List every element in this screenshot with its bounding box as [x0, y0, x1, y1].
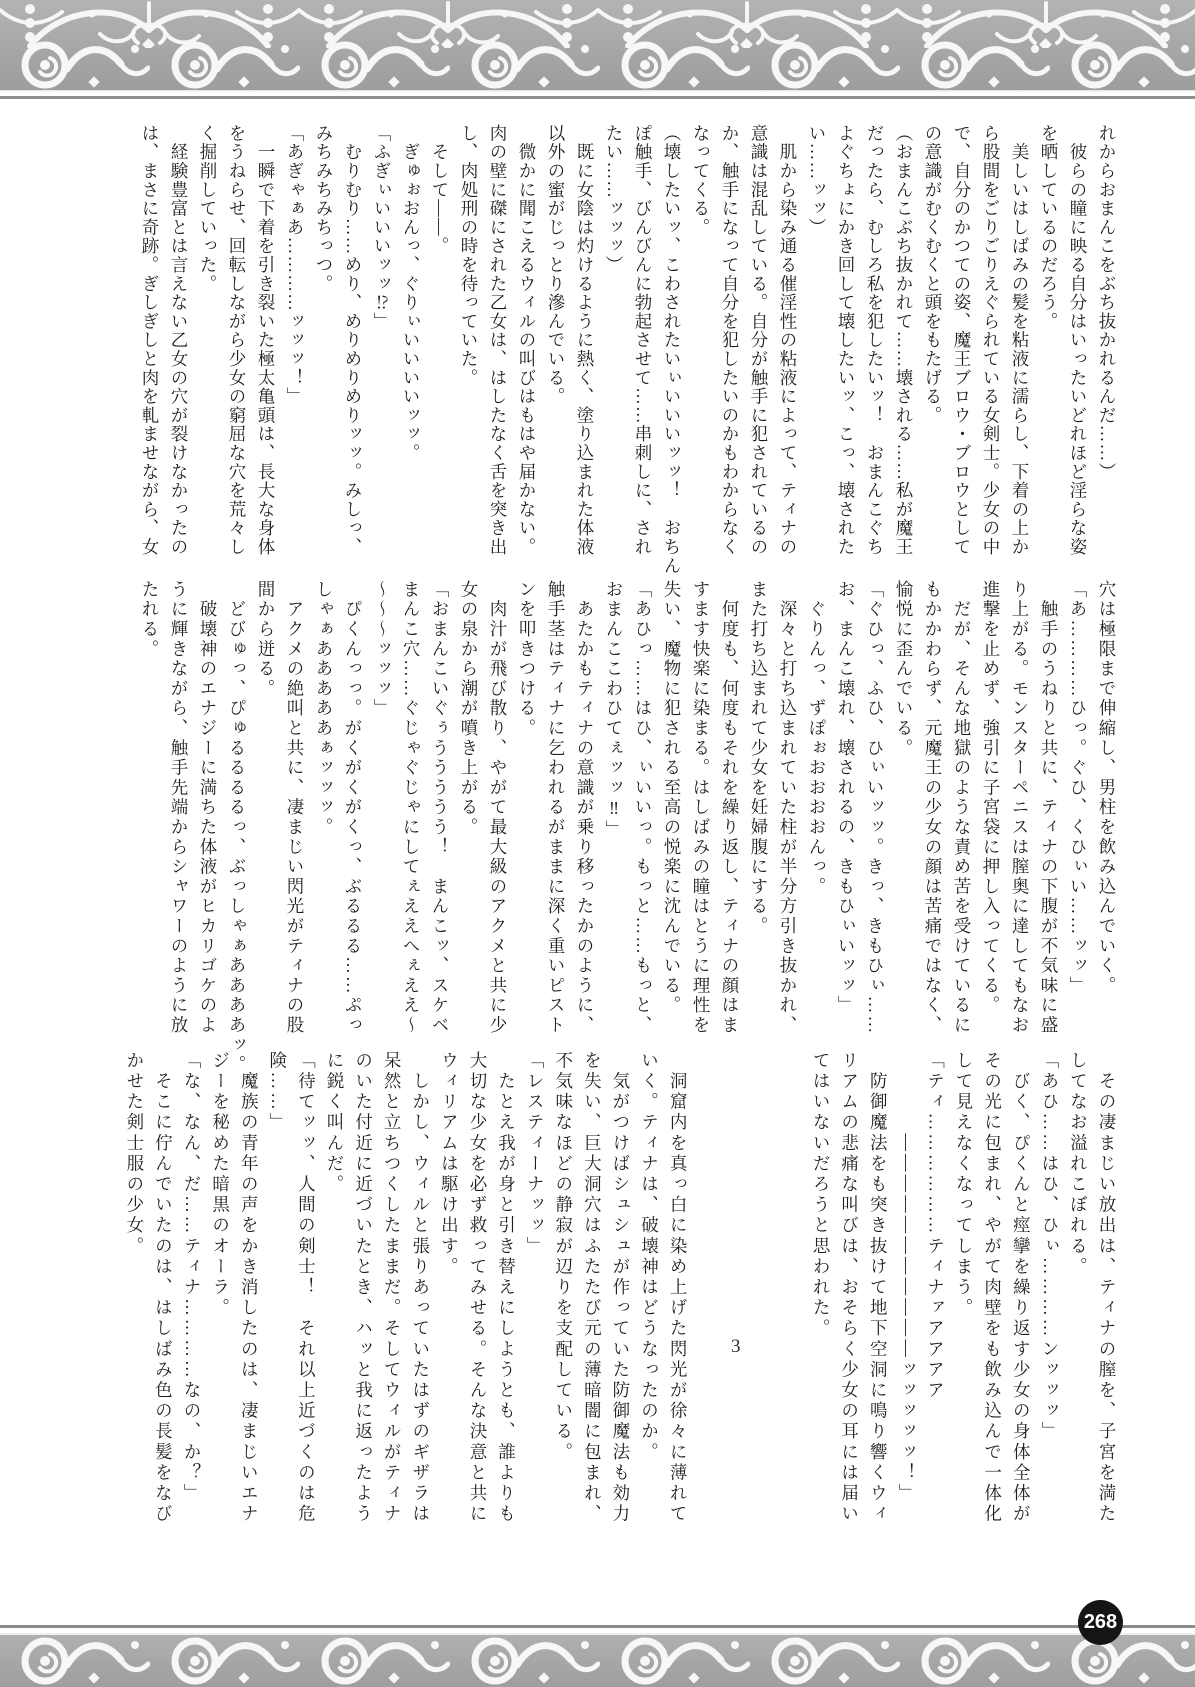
text-column: そこに佇んでいたのは、はしばみ色の長髪をなび	[149, 1051, 178, 1535]
text-column: なってくる。	[686, 124, 715, 570]
text-column: 触手茎はティナに乞われるがままに深く重いピスト	[541, 580, 570, 1040]
text-column: り上がる。モンスターペニスは膣奥に達してもなお	[1005, 580, 1034, 1040]
text-column: し、肉処刑の時を待っていた。	[454, 124, 483, 570]
text-column: どびゅっ、ぴゅるるるるっ、ぶっしゃぁああああッ。	[222, 580, 251, 1040]
text-column: ―――――――――――ッッッッッ！」	[892, 1051, 921, 1535]
text-column: ウィリアムは駆け出す。	[435, 1051, 464, 1535]
text-column: ぐりんっ、ずぽぉおおおおんっ。	[802, 580, 831, 1040]
text-column: 「レスティーナッッ」	[521, 1051, 550, 1535]
text-column: 不気味なほどの静寂が辺りを支配している。	[549, 1051, 578, 1535]
text-column: かせた剣士服の少女。	[120, 1051, 149, 1535]
text-column: 「ティ………………ティナァアアアア	[921, 1051, 950, 1535]
band3-second-section: 洞窟内を真っ白に染め上げた閃光が徐々に薄れていく。ティナは、破壊神はどうなったの…	[120, 1051, 692, 1535]
section-number: 3	[721, 1051, 750, 1535]
text-column: しゃぁあああああぁッッッ。	[309, 580, 338, 1040]
text-column: 険……」	[263, 1051, 292, 1535]
text-column: してなお溢れこぼれる。	[1064, 1051, 1093, 1535]
text-column: たい……ッッッ）	[599, 124, 628, 570]
text-column: むりむり……めり、めりめりめりッッ。みしっ、	[338, 124, 367, 570]
text-column: もかかわらず、元魔王の少女の顔は苦痛ではなく、	[918, 580, 947, 1040]
text-band-3: その凄まじい放出は、ティナの膣を、子宮を満たしてなお溢れこぼれる。「あひ……はひ…	[120, 1051, 1121, 1535]
text-column: たとえ我が身と引き替えにしようとも、誰よりも	[492, 1051, 521, 1535]
text-column: ぽ触手、びんびんに勃起させて……串刺しに、され	[628, 124, 657, 570]
text-column: 大切な少女を必ず救ってみせる。そんな決意と共に	[463, 1051, 492, 1535]
page-number-badge: 268	[1078, 1600, 1123, 1645]
text-column: 「な、なん、だ……ティナ…………なの、か？」	[177, 1051, 206, 1535]
text-column: 防御魔法をも突き抜けて地下空洞に鳴り響くウィ	[864, 1051, 893, 1535]
text-column: 気がつけばシュシュが作っていた防御魔法も効力	[606, 1051, 635, 1535]
text-column: すます快楽に染まる。はしばみの瞳はとうに理性を	[686, 580, 715, 1040]
text-column: 「あ…………ひっ。ぐひ、くひぃい……ッッ」	[1063, 580, 1092, 1040]
text-column: いく。ティナは、破壊神はどうなったのか。	[635, 1051, 664, 1535]
text-column: てはいないだろうと思われた。	[806, 1051, 835, 1535]
text-column: また打ち込まれて少女を妊婦腹にする。	[744, 580, 773, 1040]
text-column: 破壊神のエナジーに満ちた体液がヒカリゴケのよ	[193, 580, 222, 1040]
text-column: 経験豊富とは言えない乙女の穴が裂けなかったの	[164, 124, 193, 570]
text-column: の意識がむくむくと頭をもたげる。	[918, 124, 947, 570]
text-column: で、自分のかつての姿、魔王ブロウ・ブロウとして	[947, 124, 976, 570]
text-column: よぐちょにかき回して壊したいッ、こっ、壊された	[831, 124, 860, 570]
text-column: のいた付近に近づいたとき、ハッと我に返ったよう	[349, 1051, 378, 1535]
ornamental-border-top	[0, 0, 1195, 102]
text-column: 進撃を止めず、強引に子宮袋に押し入ってくる。	[976, 580, 1005, 1040]
text-column: 間から迸る。	[251, 580, 280, 1040]
text-column: まんこ穴……ぐじゃぐじゃにしてぇええへぇええ～	[396, 580, 425, 1040]
text-column: お、まんこ壊れ、壊されるの、きもひぃいッッ」	[831, 580, 860, 1040]
text-column: 魔族の青年の声をかき消したのは、凄まじいエナ	[235, 1051, 264, 1535]
text-column: ンを叩きつける。	[512, 580, 541, 1040]
text-column: い……ッッ）	[802, 124, 831, 570]
text-column: 既に女陰は灼けるように熱く、塗り込まれた体液	[570, 124, 599, 570]
text-column: その光に包まれ、やがて肉壁をも飲み込んで一体化	[978, 1051, 1007, 1535]
text-column: をうねらせ、回転しながら少女の窮屈な穴を荒々し	[222, 124, 251, 570]
text-column: 肌から染み通る催淫性の粘液によって、ティナの	[773, 124, 802, 570]
text-column: だが、そんな地獄のような責め苦を受けているに	[947, 580, 976, 1040]
text-band-2: 穴は極限まで伸縮し、男柱を飲み込んでいく。「あ…………ひっ。ぐひ、くひぃい……ッ…	[135, 580, 1121, 1040]
text-column: リアムの悲痛な叫びは、おそらく少女の耳には届い	[835, 1051, 864, 1535]
text-column: 「ぐひっ、ふひ、ひぃいッッ。きっ、きもひぃ……	[860, 580, 889, 1040]
text-column: （壊したいッ、こわされたいぃいいいッッ！ おちん	[657, 124, 686, 570]
text-column: ぴくんっっ。がくがくがくっ、ぶるるる……ぷっ	[338, 580, 367, 1040]
spacer-column	[778, 1051, 807, 1061]
text-column: その凄まじい放出は、ティナの膣を、子宮を満た	[1092, 1051, 1121, 1535]
text-column: だったら、むしろ私を犯したいッ！ おまんこぐち	[860, 124, 889, 570]
text-column: く掘削していった。	[193, 124, 222, 570]
text-column: 「待てッッ、人間の剣士！ それ以上近づくのは危	[292, 1051, 321, 1535]
text-column: ～～～ッッッ」	[367, 580, 396, 1040]
text-column: 美しいはしばみの髪を粘液に濡らし、下着の上か	[1005, 124, 1034, 570]
text-column: しかし、ウィルと張りあっていたはずのギザラは	[406, 1051, 435, 1535]
text-column: を晒しているのだろう。	[1034, 124, 1063, 570]
text-column: アクメの絶叫と共に、凄まじい閃光がティナの股	[280, 580, 309, 1040]
section-break: 3	[692, 1051, 806, 1535]
text-column: 何度も、何度もそれを繰り返し、ティナの顔はま	[715, 580, 744, 1040]
band3-first-section: その凄まじい放出は、ティナの膣を、子宮を満たしてなお溢れこぼれる。「あひ……はひ…	[806, 1051, 1121, 1535]
text-column: 女の泉から潮が噴き上がる。	[454, 580, 483, 1040]
text-column: 洞窟内を真っ白に染め上げた閃光が徐々に薄れて	[664, 1051, 693, 1535]
text-column: 「あひっ……はひ、ぃいいっ。もっと……もっと、	[628, 580, 657, 1040]
text-column: 穴は極限まで伸縮し、男柱を飲み込んでいく。	[1092, 580, 1121, 1040]
text-column: 愉悦に歪んでいる。	[889, 580, 918, 1040]
text-column: 彼らの瞳に映る自分はいったいどれほど淫らな姿	[1063, 124, 1092, 570]
text-column: 微かに聞こえるウィルの叫びはもはや届かない。	[512, 124, 541, 570]
text-column: ぎゅぉおんっ、ぐりぃいいいいッッ。	[396, 124, 425, 570]
text-column: 以外の蜜がじっとり滲んでいる。	[541, 124, 570, 570]
text-column: （おまんこぶち抜かれて……壊される……私が魔王	[889, 124, 918, 570]
text-column: 肉汁が飛び散り、やがて最大級のアクメと共に少	[483, 580, 512, 1040]
text-column: 呆然と立ちつくしたままだ。そしてウィルがティナ	[378, 1051, 407, 1535]
text-column: 肉の壁に磔にされた乙女は、はしたなく舌を突き出	[483, 124, 512, 570]
text-column: に鋭く叫んだ。	[320, 1051, 349, 1535]
text-band-1: れからおまんこをぶち抜かれるんだ……） 彼らの瞳に映る自分はいったいどれほど淫ら…	[135, 124, 1121, 570]
text-column: は、まさに奇跡。ぎしぎしと肉を軋ませながら、女	[135, 124, 164, 570]
text-column: 「あひ……はひ、ひぃ…………ンッッッ」	[1035, 1051, 1064, 1535]
text-column: 触手のうねりと共に、ティナの下腹が不気味に盛	[1034, 580, 1063, 1040]
text-column: おまんここわひてぇッッ‼」	[599, 580, 628, 1040]
text-column: か、触手になって自分を犯したいのかもわからなく	[715, 124, 744, 570]
text-column: うに輝きながら、触手先端からシャワーのように放	[164, 580, 193, 1040]
text-column: びく、ぴくんと痙攣を繰り返す少女の身体全体が	[1007, 1051, 1036, 1535]
text-column: 深々と打ち込まれていた柱が半分方引き抜かれ、	[773, 580, 802, 1040]
text-column: れからおまんこをぶち抜かれるんだ……）	[1092, 124, 1121, 570]
text-column: たれる。	[135, 580, 164, 1040]
text-column: して見えなくなってしまう。	[949, 1051, 978, 1535]
text-column: ジーを秘めた暗黒のオーラ。	[206, 1051, 235, 1535]
text-column: 一瞬で下着を引き裂いた極太亀頭は、長大な身体	[251, 124, 280, 570]
text-column: 意識は混乱している。自分が触手に犯されているの	[744, 124, 773, 570]
ornamental-border-bottom	[0, 1625, 1195, 1687]
text-column: そして――。	[425, 124, 454, 570]
spacer-column	[749, 1051, 778, 1061]
text-column: 「あぎゃぁあ…………ッッッ！」	[280, 124, 309, 570]
text-column: 「おまんこいぐぅううううう！ まんこッ、スケベ	[425, 580, 454, 1040]
text-column: みちみちみちっつ。	[309, 124, 338, 570]
text-column: を失い、巨大洞穴はふたたび元の薄暗闇に包まれ、	[578, 1051, 607, 1535]
text-column: ら股間をごりごりえぐられている女剣士。少女の中	[976, 124, 1005, 570]
text-column: 「ふぎぃいいいッッ⁉」	[367, 124, 396, 570]
text-column: 失い、魔物に犯される至高の悦楽に沈んでいる。	[657, 580, 686, 1040]
spacer-column	[692, 1051, 721, 1061]
text-column: あたかもティナの意識が乗り移ったかのように、	[570, 580, 599, 1040]
